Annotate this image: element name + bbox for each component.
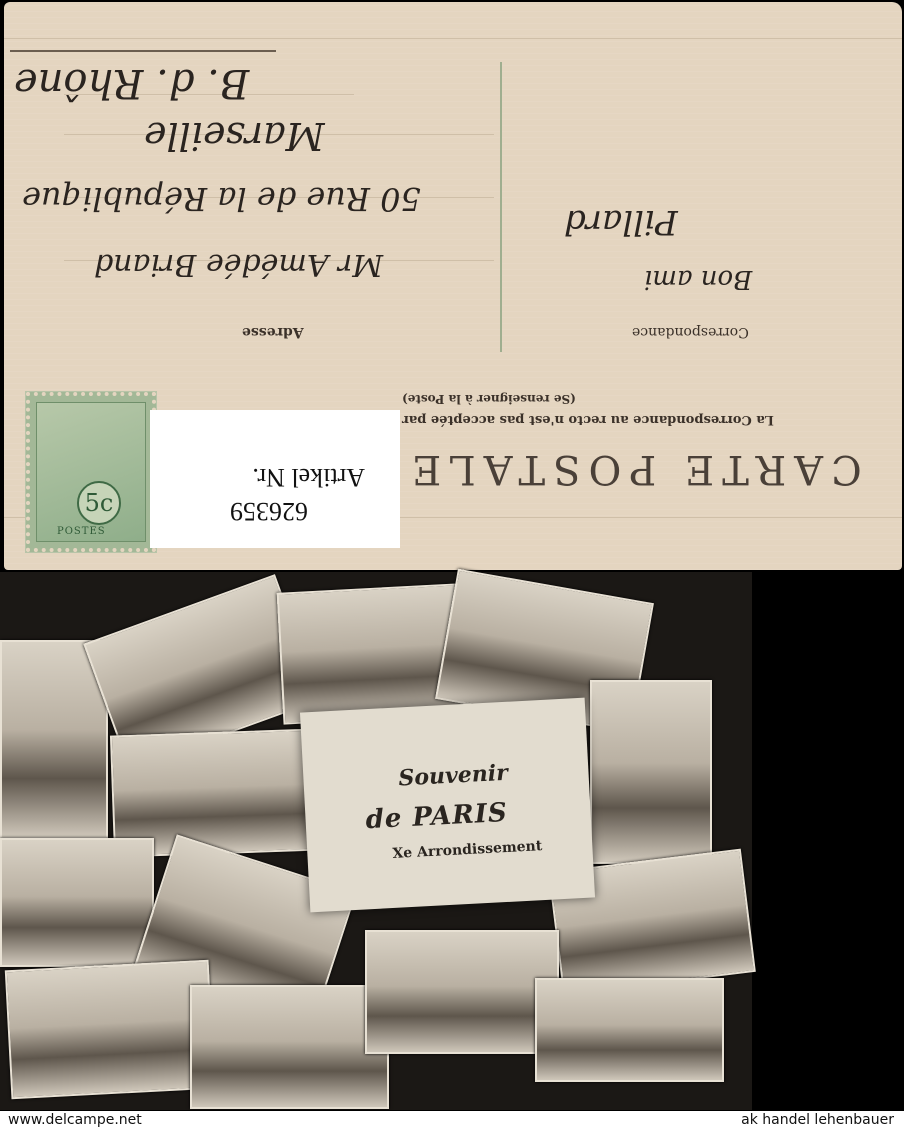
card-title: CARTE POSTALE [404, 446, 862, 492]
photo-vignette [190, 985, 389, 1109]
notice-line-2: (Se renseigner à la Poste) [402, 392, 576, 406]
message-greeting: Bon ami [644, 264, 752, 294]
center-divider [500, 62, 502, 352]
photo-vignette [590, 680, 712, 864]
address-line-4: B. d. Rhône [14, 60, 249, 106]
paris-title: de PARIS [365, 798, 509, 835]
souvenir-title: Souvenir [398, 760, 508, 792]
notice-line-1: La Correspondance au recto n'est pas acc… [402, 412, 774, 427]
address-line-3: Marseille [144, 114, 325, 158]
photo-vignette [277, 583, 466, 724]
souvenir-banner: Souvenir de PARIS Xe Arrondissement [300, 698, 595, 913]
article-number: 626359 [230, 496, 308, 526]
article-heading: Artikel Nr. [252, 462, 365, 492]
rule [4, 38, 902, 39]
photo-vignette [535, 978, 724, 1082]
postage-stamp: 5c POSTES [26, 392, 156, 552]
footer-seller: ak handel lehenbauer [741, 1112, 894, 1128]
section-address: Adresse [242, 324, 304, 340]
footer-site: www.delcampe.net [8, 1112, 142, 1128]
address-line-2: 50 Rue de la République [22, 180, 421, 218]
stamp-value: 5c [77, 481, 121, 525]
rule [10, 50, 276, 52]
address-line-1: Mr Amédée Briand [94, 247, 383, 282]
section-correspondence: Correspondance [632, 324, 749, 340]
article-label: 626359 Artikel Nr. [150, 410, 400, 548]
photo-vignette [365, 930, 559, 1054]
stamp-text: POSTES [57, 526, 106, 537]
photo-vignette [0, 838, 154, 967]
message-signature: Pillard [564, 202, 678, 242]
footer-bar: www.delcampe.net ak handel lehenbauer [0, 1111, 904, 1131]
photo-vignette [5, 960, 215, 1099]
stamp-image: 5c POSTES [36, 402, 146, 542]
arrondissement-subtitle: Xe Arrondissement [392, 838, 543, 862]
